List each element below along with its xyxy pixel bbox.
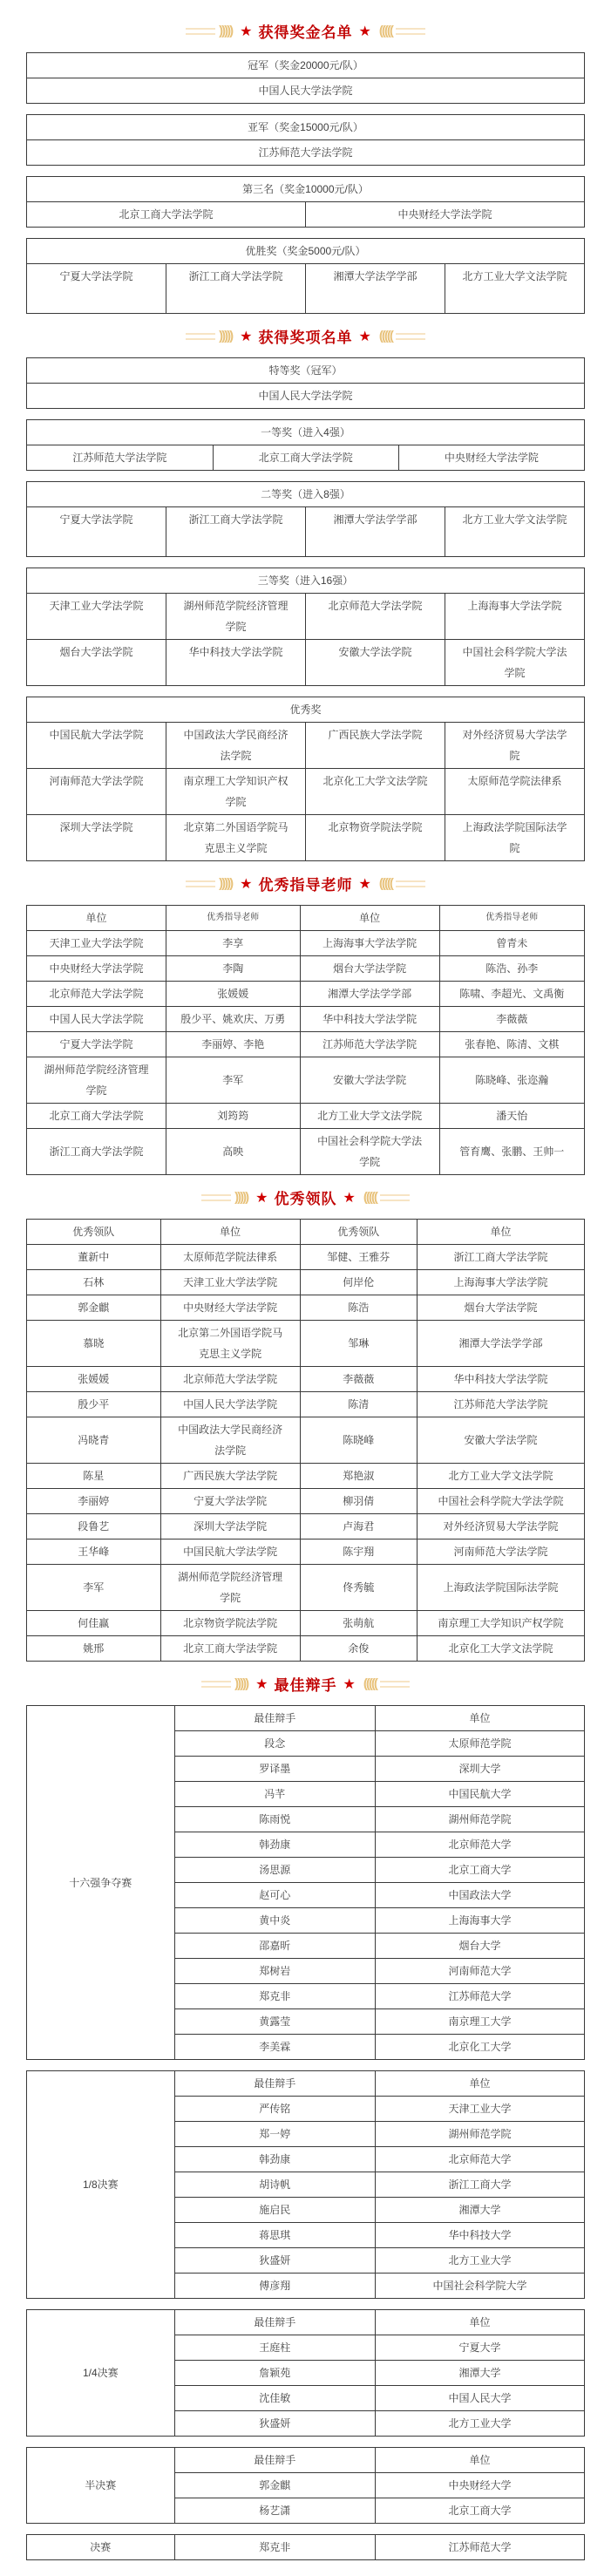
table-row: 北京工商大学法学院刘筠筠北方工业大学文法学院潘天怡 — [27, 1104, 585, 1129]
data-cell: 邵嘉昕 — [174, 1934, 375, 1959]
table-row: 石林天津工业大学法学院何岸伦上海海事大学法学院 — [27, 1270, 585, 1295]
data-cell: 中国社会科学院大学 — [375, 2274, 584, 2299]
data-cell: 上海海事大学法学院 — [445, 594, 585, 640]
data-cell: 上海政法学院国际法学院 — [417, 1565, 584, 1611]
final-debater-table: 决赛郑克非江苏师范大学 — [26, 2534, 585, 2560]
grand-prize-table-grid: 特等奖（冠军）中国人民大学法学院 — [26, 357, 585, 409]
data-cell: 黄露莹 — [174, 2009, 375, 2035]
data-cell: 河南师范大学法学院 — [417, 1539, 584, 1565]
data-cell: 北京物资学院法学院 — [160, 1611, 300, 1636]
data-cell: 狄盛妍 — [174, 2248, 375, 2274]
column-header-cell: 最佳辩手 — [174, 2310, 375, 2335]
data-cell: 中国社会科学院大学法学院 — [445, 640, 585, 686]
data-cell: 江苏师范大学法学院 — [27, 140, 585, 166]
table-row: 中国人民大学法学院 — [27, 384, 585, 409]
data-cell: 烟台大学法学院 — [417, 1295, 584, 1321]
data-cell: 郑艳淑 — [300, 1464, 417, 1489]
column-header-cell: 优秀奖 — [27, 697, 585, 723]
data-cell: 中国政法大学 — [375, 1883, 584, 1908]
table-row: 1/4决赛最佳辩手单位 — [27, 2310, 585, 2335]
data-cell: 施启民 — [174, 2198, 375, 2223]
data-cell: 王华峰 — [27, 1539, 161, 1565]
data-cell: 韩劲康 — [174, 2147, 375, 2172]
table-row: 优秀奖 — [27, 697, 585, 723]
data-cell: 湘潭大学 — [375, 2361, 584, 2386]
decor-line-left — [186, 333, 215, 340]
table-row: 河南师范大学法学院南京理工大学知识产权学院北京化工大学文法学院太原师范学院法律系 — [27, 769, 585, 815]
data-cell: 中国人民大学 — [375, 2386, 584, 2411]
data-cell: 北京物资学院法学院 — [306, 815, 445, 861]
data-cell: 陈清 — [300, 1392, 417, 1417]
data-cell: 郭金麒 — [27, 1295, 161, 1321]
awards-section-title: ))))) ★ 获得奖项名单 ★ ((((( — [26, 325, 585, 347]
data-cell: 宁夏大学法学院 — [27, 507, 166, 557]
data-cell: 邹健、王雅芬 — [300, 1245, 417, 1270]
data-cell: 北京工商大学法学院 — [160, 1636, 300, 1662]
table-row: 半决赛最佳辩手单位 — [27, 2448, 585, 2473]
data-cell: 北京工商大学法学院 — [27, 1104, 166, 1129]
table-row: 一等奖（进入4强） — [27, 420, 585, 445]
data-cell: 北京师范大学 — [375, 2147, 584, 2172]
column-header-cell: 亚军（奖金15000元/队） — [27, 115, 585, 140]
final-debater-table-grid: 决赛郑克非江苏师范大学 — [26, 2534, 585, 2560]
decor-line-left — [186, 880, 215, 887]
table-row: 浙江工商大学法学院高映中国社会科学院大学法学院管育鹰、张鹏、王帅一 — [27, 1129, 585, 1175]
table-row: 郭金麒中央财经大学法学院陈浩烟台大学法学院 — [27, 1295, 585, 1321]
data-cell: 李丽婷 — [27, 1489, 161, 1514]
star-icon: ★ — [255, 1675, 268, 1693]
data-cell: 宁夏大学法学院 — [160, 1489, 300, 1514]
second-prize-table-grid: 二等奖（进入8强）宁夏大学法学院浙江工商大学法学院湘潭大学法学学部北方工业大学文… — [26, 481, 585, 557]
table-row: 陈星广西民族大学法学院郑艳淑北方工业大学文法学院 — [27, 1464, 585, 1489]
section-title-text: 最佳辩手 — [275, 1673, 337, 1695]
table-row: 烟台大学法学院华中科技大学法学院安徽大学法学院中国社会科学院大学法学院 — [27, 640, 585, 686]
data-cell: 何佳赢 — [27, 1611, 161, 1636]
excellent-leaders-table-grid: 优秀领队单位优秀领队单位董新中太原师范学院法律系邹健、王雅芬浙江工商大学法学院石… — [26, 1219, 585, 1662]
data-cell: 柳羽倩 — [300, 1489, 417, 1514]
table-row: 天津工业大学法学院湖州师范学院经济管理学院北京师范大学法学院上海海事大学法学院 — [27, 594, 585, 640]
table-row: 张媛媛北京师范大学法学院李薇薇华中科技大学法学院 — [27, 1367, 585, 1392]
excellent-teachers-table: 单位优秀指导老师单位优秀指导老师天津工业大学法学院李享上海海事大学法学院曾青未中… — [26, 905, 585, 1175]
third-prize-table: 三等奖（进入16强）天津工业大学法学院湖州师范学院经济管理学院北京师范大学法学院… — [26, 568, 585, 686]
star-icon: ★ — [359, 875, 371, 893]
table-row: 亚军（奖金15000元/队） — [27, 115, 585, 140]
data-cell: 北方工业大学 — [375, 2248, 584, 2274]
section-prize-money: ))))) ★ 获得奖金名单 ★ ((((( 冠军（奖金20000元/队）中国人… — [26, 20, 585, 314]
leaders-section-title: ))))) ★ 优秀领队 ★ ((((( — [26, 1186, 585, 1208]
table-row: 宁夏大学法学院浙江工商大学法学院湘潭大学法学学部北方工业大学文法学院 — [27, 507, 585, 557]
round-of-16-debaters-table-grid: 十六强争夺赛最佳辩手单位段念太原师范学院罗译墨深圳大学冯芊中国民航大学陈雨悦湖州… — [26, 1705, 585, 2060]
awards-announcement-page: ))))) ★ 获得奖金名单 ★ ((((( 冠军（奖金20000元/队）中国人… — [0, 0, 611, 2576]
section-title-text: 获得奖项名单 — [259, 325, 353, 347]
data-cell: 湖州师范学院经济管理学院 — [27, 1057, 166, 1104]
column-header-cell: 优秀指导老师 — [439, 906, 584, 931]
data-cell: 深圳大学法学院 — [27, 815, 166, 861]
data-cell: 中央财经大学法学院 — [160, 1295, 300, 1321]
column-header-cell: 冠军（奖金20000元/队） — [27, 53, 585, 78]
section-best-debaters: ))))) ★ 最佳辩手 ★ ((((( 十六强争夺赛最佳辩手单位段念太原师范学… — [26, 1673, 585, 2560]
data-cell: 华中科技大学 — [375, 2223, 584, 2248]
data-cell: 中国社会科学院大学法学院 — [417, 1489, 584, 1514]
data-cell: 浙江工商大学法学院 — [27, 1129, 166, 1175]
table-row: 深圳大学法学院北京第二外国语学院马克思主义学院北京物资学院法学院上海政法学院国际… — [27, 815, 585, 861]
data-cell: 詹颖苑 — [174, 2361, 375, 2386]
decor-line-right — [380, 1681, 410, 1688]
section-excellent-teachers: ))))) ★ 优秀指导老师 ★ ((((( 单位优秀指导老师单位优秀指导老师天… — [26, 873, 585, 1175]
data-cell: 宁夏大学 — [375, 2335, 584, 2361]
column-header-cell: 单位 — [300, 906, 439, 931]
data-cell: 南京理工大学知识产权学院 — [417, 1611, 584, 1636]
data-cell: 蒋思琪 — [174, 2223, 375, 2248]
data-cell: 潘天怡 — [439, 1104, 584, 1129]
data-cell: 浙江工商大学 — [375, 2172, 584, 2198]
excellence-award-table-grid: 优秀奖中国民航大学法学院中国政法大学民商经济法学院广西民族大学法学院对外经济贸易… — [26, 697, 585, 861]
data-cell: 天津工业大学法学院 — [160, 1270, 300, 1295]
data-cell: 黄中炎 — [174, 1908, 375, 1934]
column-header-cell: 单位 — [375, 2310, 584, 2335]
data-cell: 上海海事大学法学院 — [300, 931, 439, 956]
star-icon: ★ — [359, 328, 371, 345]
data-cell: 沈佳敏 — [174, 2386, 375, 2411]
table-row: 单位优秀指导老师单位优秀指导老师 — [27, 906, 585, 931]
data-cell: 陈啸、李超光、文禹衡 — [439, 982, 584, 1007]
data-cell: 浙江工商大学法学院 — [166, 264, 306, 314]
stage-cell: 半决赛 — [27, 2448, 175, 2524]
data-cell: 石林 — [27, 1270, 161, 1295]
column-header-cell: 单位 — [417, 1220, 584, 1245]
data-cell: 何岸伦 — [300, 1270, 417, 1295]
table-row: 湖州师范学院经济管理学院李军安徽大学法学院陈晓峰、张迩瀚 — [27, 1057, 585, 1104]
decor-line-left — [201, 1194, 231, 1201]
stage-cell: 决赛 — [27, 2535, 175, 2560]
teachers-section-title: ))))) ★ 优秀指导老师 ★ ((((( — [26, 873, 585, 894]
data-cell: 北方工业大学文法学院 — [300, 1104, 439, 1129]
stage-cell: 1/4决赛 — [27, 2310, 175, 2437]
data-cell: 佟秀毓 — [300, 1565, 417, 1611]
data-cell: 烟台大学法学院 — [300, 956, 439, 982]
data-cell: 罗译墨 — [174, 1757, 375, 1782]
table-row: 江苏师范大学法学院 — [27, 140, 585, 166]
data-cell: 中央财经大学法学院 — [27, 956, 166, 982]
data-cell: 浙江工商大学法学院 — [166, 507, 306, 557]
column-header-cell: 特等奖（冠军） — [27, 358, 585, 384]
data-cell: 北京工商大学法学院 — [213, 445, 398, 471]
quarterfinal-debaters-table-grid: 1/4决赛最佳辩手单位王庭柱宁夏大学詹颖苑湘潭大学沈佳敏中国人民大学狄盛妍北方工… — [26, 2309, 585, 2437]
data-cell: 宁夏大学法学院 — [27, 1032, 166, 1057]
data-cell: 张萌航 — [300, 1611, 417, 1636]
data-cell: 杨艺潇 — [174, 2498, 375, 2524]
wheat-decoration-left: ))))) — [219, 329, 232, 343]
data-cell: 江苏师范大学 — [375, 1984, 584, 2009]
data-cell: 段念 — [174, 1731, 375, 1757]
data-cell: 南京理工大学知识产权学院 — [166, 769, 306, 815]
column-header-cell: 优秀领队 — [27, 1220, 161, 1245]
column-header-cell: 最佳辩手 — [174, 1706, 375, 1731]
data-cell: 陈宇翔 — [300, 1539, 417, 1565]
wheat-decoration-left: ))))) — [234, 1676, 248, 1691]
data-cell: 邹琳 — [300, 1321, 417, 1367]
data-cell: 湘潭大学法学学部 — [417, 1321, 584, 1367]
data-cell: 江苏师范大学 — [375, 2535, 584, 2560]
champion-prize-table: 冠军（奖金20000元/队）中国人民大学法学院 — [26, 52, 585, 104]
data-cell: 李薇薇 — [439, 1007, 584, 1032]
data-cell: 李美霖 — [174, 2035, 375, 2060]
wheat-decoration-left: ))))) — [219, 876, 232, 891]
data-cell: 郭金麒 — [174, 2473, 375, 2498]
data-cell: 陈浩、孙李 — [439, 956, 584, 982]
data-cell: 中央财经大学法学院 — [306, 202, 585, 228]
data-cell: 湘潭大学法学学部 — [306, 264, 445, 314]
data-cell: 李军 — [166, 1057, 301, 1104]
table-row: 李丽婷宁夏大学法学院柳羽倩中国社会科学院大学法学院 — [27, 1489, 585, 1514]
semifinal-debaters-table: 半决赛最佳辩手单位郭金麒中央财经大学杨艺潇北京工商大学 — [26, 2447, 585, 2524]
data-cell: 刘筠筠 — [166, 1104, 301, 1129]
table-row: 董新中太原师范学院法律系邹健、王雅芬浙江工商大学法学院 — [27, 1245, 585, 1270]
stage-cell: 十六强争夺赛 — [27, 1706, 175, 2060]
data-cell: 湘潭大学法学学部 — [300, 982, 439, 1007]
data-cell: 华中科技大学法学院 — [417, 1367, 584, 1392]
data-cell: 曾青未 — [439, 931, 584, 956]
star-icon: ★ — [240, 875, 252, 893]
table-row: 殷少平中国人民大学法学院陈清江苏师范大学法学院 — [27, 1392, 585, 1417]
data-cell: 中国人民大学法学院 — [160, 1392, 300, 1417]
data-cell: 冯芊 — [174, 1782, 375, 1807]
data-cell: 上海海事大学法学院 — [417, 1270, 584, 1295]
data-cell: 北京第二外国语学院马克思主义学院 — [160, 1321, 300, 1367]
wheat-decoration-right: ((((( — [363, 1676, 377, 1691]
runner-up-prize-table: 亚军（奖金15000元/队）江苏师范大学法学院 — [26, 114, 585, 166]
data-cell: 上海政法学院国际法学院 — [445, 815, 585, 861]
data-cell: 河南师范大学 — [375, 1959, 584, 1984]
first-prize-table-grid: 一等奖（进入4强）江苏师范大学法学院北京工商大学法学院中央财经大学法学院 — [26, 419, 585, 471]
data-cell: 中央财经大学法学院 — [398, 445, 584, 471]
data-cell: 深圳大学法学院 — [160, 1514, 300, 1539]
wheat-decoration-left: ))))) — [234, 1190, 248, 1205]
first-prize-table: 一等奖（进入4强）江苏师范大学法学院北京工商大学法学院中央财经大学法学院 — [26, 419, 585, 471]
winner-prize-table-grid: 优胜奖（奖金5000元/队）宁夏大学法学院浙江工商大学法学院湘潭大学法学学部北方… — [26, 238, 585, 314]
data-cell: 江苏师范大学法学院 — [417, 1392, 584, 1417]
table-row: 宁夏大学法学院浙江工商大学法学院湘潭大学法学学部北方工业大学文法学院 — [27, 264, 585, 314]
table-row: 冯晓青中国政法大学民商经济法学院陈晓峰安徽大学法学院 — [27, 1417, 585, 1464]
decor-line-right — [396, 28, 425, 35]
wheat-decoration-right: ((((( — [379, 329, 392, 343]
excellent-leaders-table: 优秀领队单位优秀领队单位董新中太原师范学院法律系邹健、王雅芬浙江工商大学法学院石… — [26, 1219, 585, 1662]
table-row: 1/8决赛最佳辩手单位 — [27, 2071, 585, 2097]
data-cell: 天津工业大学法学院 — [27, 594, 166, 640]
data-cell: 张媛媛 — [166, 982, 301, 1007]
data-cell: 北京工商大学法学院 — [27, 202, 306, 228]
decor-line-left — [201, 1681, 231, 1688]
data-cell: 湖州师范学院经济管理学院 — [160, 1565, 300, 1611]
table-row: 第三名（奖金10000元/队） — [27, 177, 585, 202]
data-cell: 北京师范大学 — [375, 1832, 584, 1858]
wheat-decoration-left: ))))) — [219, 24, 232, 38]
data-cell: 李享 — [166, 931, 301, 956]
round-of-8-debaters-table: 1/8决赛最佳辩手单位严传铭天津工业大学郑一婷湖州师范学院韩劲康北京师范大学胡诗… — [26, 2070, 585, 2299]
data-cell: 湘潭大学法学学部 — [306, 507, 445, 557]
data-cell: 韩劲康 — [174, 1832, 375, 1858]
data-cell: 陈星 — [27, 1464, 161, 1489]
data-cell: 陈雨悦 — [174, 1807, 375, 1832]
table-row: 段鲁艺深圳大学法学院卢海君对外经济贸易大学法学院 — [27, 1514, 585, 1539]
runner-up-prize-table-grid: 亚军（奖金15000元/队）江苏师范大学法学院 — [26, 114, 585, 166]
data-cell: 中国人民大学法学院 — [27, 1007, 166, 1032]
data-cell: 中国民航大学法学院 — [160, 1539, 300, 1565]
table-row: 北京工商大学法学院中央财经大学法学院 — [27, 202, 585, 228]
table-row: 优胜奖（奖金5000元/队） — [27, 239, 585, 264]
quarterfinal-debaters-table: 1/4决赛最佳辩手单位王庭柱宁夏大学詹颖苑湘潭大学沈佳敏中国人民大学狄盛妍北方工… — [26, 2309, 585, 2437]
prize-money-section-title: ))))) ★ 获得奖金名单 ★ ((((( — [26, 20, 585, 42]
data-cell: 安徽大学法学院 — [306, 640, 445, 686]
second-prize-table: 二等奖（进入8强）宁夏大学法学院浙江工商大学法学院湘潭大学法学学部北方工业大学文… — [26, 481, 585, 557]
data-cell: 华中科技大学法学院 — [166, 640, 306, 686]
data-cell: 中国社会科学院大学法学院 — [300, 1129, 439, 1175]
table-row: 宁夏大学法学院李丽婷、李艳江苏师范大学法学院张春艳、陈清、文棋 — [27, 1032, 585, 1057]
data-cell: 中国政法大学民商经济法学院 — [160, 1417, 300, 1464]
data-cell: 北京化工大学文法学院 — [306, 769, 445, 815]
column-header-cell: 三等奖（进入16强） — [27, 568, 585, 594]
data-cell: 李丽婷、李艳 — [166, 1032, 301, 1057]
stage-cell: 1/8决赛 — [27, 2071, 175, 2299]
data-cell: 南京理工大学 — [375, 2009, 584, 2035]
column-header-cell: 优胜奖（奖金5000元/队） — [27, 239, 585, 264]
data-cell: 李陶 — [166, 956, 301, 982]
section-awards: ))))) ★ 获得奖项名单 ★ ((((( 特等奖（冠军）中国人民大学法学院 … — [26, 325, 585, 861]
wheat-decoration-right: ((((( — [363, 1190, 377, 1205]
table-row: 三等奖（进入16强） — [27, 568, 585, 594]
data-cell: 慕晓 — [27, 1321, 161, 1367]
data-cell: 北京化工大学文法学院 — [417, 1636, 584, 1662]
data-cell: 段鲁艺 — [27, 1514, 161, 1539]
data-cell: 高映 — [166, 1129, 301, 1175]
data-cell: 北京化工大学 — [375, 2035, 584, 2060]
table-row: 江苏师范大学法学院北京工商大学法学院中央财经大学法学院 — [27, 445, 585, 471]
table-row: 二等奖（进入8强） — [27, 482, 585, 507]
data-cell: 太原师范学院 — [375, 1731, 584, 1757]
table-row: 优秀领队单位优秀领队单位 — [27, 1220, 585, 1245]
data-cell: 对外经济贸易大学法学院 — [445, 723, 585, 769]
data-cell: 胡诗帆 — [174, 2172, 375, 2198]
grand-prize-table: 特等奖（冠军）中国人民大学法学院 — [26, 357, 585, 409]
third-place-prize-table-grid: 第三名（奖金10000元/队）北京工商大学法学院中央财经大学法学院 — [26, 176, 585, 228]
third-prize-table-grid: 三等奖（进入16强）天津工业大学法学院湖州师范学院经济管理学院北京师范大学法学院… — [26, 568, 585, 686]
column-header-cell: 单位 — [375, 2071, 584, 2097]
star-icon: ★ — [343, 1675, 356, 1693]
data-cell: 中国民航大学法学院 — [27, 723, 166, 769]
data-cell: 天津工业大学法学院 — [27, 931, 166, 956]
table-row: 北京师范大学法学院张媛媛湘潭大学法学学部陈啸、李超光、文禹衡 — [27, 982, 585, 1007]
data-cell: 傅彦翔 — [174, 2274, 375, 2299]
champion-prize-table-grid: 冠军（奖金20000元/队）中国人民大学法学院 — [26, 52, 585, 104]
data-cell: 湖州师范学院 — [375, 1807, 584, 1832]
data-cell: 深圳大学 — [375, 1757, 584, 1782]
star-icon: ★ — [240, 23, 252, 40]
data-cell: 郑克非 — [174, 1984, 375, 2009]
data-cell: 广西民族大学法学院 — [306, 723, 445, 769]
column-header-cell: 单位 — [375, 2448, 584, 2473]
data-cell: 太原师范学院法律系 — [445, 769, 585, 815]
excellent-teachers-table-grid: 单位优秀指导老师单位优秀指导老师天津工业大学法学院李享上海海事大学法学院曾青未中… — [26, 905, 585, 1175]
star-icon: ★ — [359, 23, 371, 40]
data-cell: 郑克非 — [174, 2535, 375, 2560]
wheat-decoration-right: ((((( — [379, 876, 392, 891]
data-cell: 北方工业大学文法学院 — [417, 1464, 584, 1489]
data-cell: 北京第二外国语学院马克思主义学院 — [166, 815, 306, 861]
table-row: 何佳赢北京物资学院法学院张萌航南京理工大学知识产权学院 — [27, 1611, 585, 1636]
data-cell: 浙江工商大学法学院 — [417, 1245, 584, 1270]
semifinal-debaters-table-grid: 半决赛最佳辩手单位郭金麒中央财经大学杨艺潇北京工商大学 — [26, 2447, 585, 2524]
data-cell: 太原师范学院法律系 — [160, 1245, 300, 1270]
data-cell: 张春艳、陈清、文棋 — [439, 1032, 584, 1057]
data-cell: 董新中 — [27, 1245, 161, 1270]
section-title-text: 获得奖金名单 — [259, 20, 353, 42]
data-cell: 河南师范大学法学院 — [27, 769, 166, 815]
data-cell: 北方工业大学 — [375, 2411, 584, 2437]
table-row: 李军湖州师范学院经济管理学院佟秀毓上海政法学院国际法学院 — [27, 1565, 585, 1611]
data-cell: 中央财经大学 — [375, 2473, 584, 2498]
data-cell: 北京师范大学法学院 — [27, 982, 166, 1007]
data-cell: 狄盛妍 — [174, 2411, 375, 2437]
data-cell: 烟台大学 — [375, 1934, 584, 1959]
data-cell: 湘潭大学 — [375, 2198, 584, 2223]
table-row: 决赛郑克非江苏师范大学 — [27, 2535, 585, 2560]
data-cell: 李薇薇 — [300, 1367, 417, 1392]
data-cell: 安徽大学法学院 — [300, 1057, 439, 1104]
table-row: 中央财经大学法学院李陶烟台大学法学院陈浩、孙李 — [27, 956, 585, 982]
data-cell: 中国人民大学法学院 — [27, 78, 585, 104]
table-row: 中国人民大学法学院 — [27, 78, 585, 104]
data-cell: 天津工业大学 — [375, 2097, 584, 2122]
data-cell: 北方工业大学文法学院 — [445, 507, 585, 557]
data-cell: 对外经济贸易大学法学院 — [417, 1514, 584, 1539]
data-cell: 王庭柱 — [174, 2335, 375, 2361]
data-cell: 北京工商大学 — [375, 2498, 584, 2524]
data-cell: 余俊 — [300, 1636, 417, 1662]
data-cell: 湖州师范学院经济管理学院 — [166, 594, 306, 640]
data-cell: 烟台大学法学院 — [27, 640, 166, 686]
table-row: 姚邢北京工商大学法学院余俊北京化工大学文法学院 — [27, 1636, 585, 1662]
winner-prize-table: 优胜奖（奖金5000元/队）宁夏大学法学院浙江工商大学法学院湘潭大学法学学部北方… — [26, 238, 585, 314]
star-icon: ★ — [343, 1189, 356, 1206]
data-cell: 殷少平、姚欢庆、万勇 — [166, 1007, 301, 1032]
data-cell: 郑一婷 — [174, 2122, 375, 2147]
table-row: 冠军（奖金20000元/队） — [27, 53, 585, 78]
data-cell: 汤思源 — [174, 1858, 375, 1883]
column-header-cell: 单位 — [160, 1220, 300, 1245]
data-cell: 姚邢 — [27, 1636, 161, 1662]
table-row: 特等奖（冠军） — [27, 358, 585, 384]
decor-line-left — [186, 28, 215, 35]
data-cell: 北京师范大学法学院 — [306, 594, 445, 640]
column-header-cell: 优秀指导老师 — [166, 906, 301, 931]
section-title-text: 优秀指导老师 — [259, 873, 353, 894]
table-row: 中国民航大学法学院中国政法大学民商经济法学院广西民族大学法学院对外经济贸易大学法… — [27, 723, 585, 769]
data-cell: 冯晓青 — [27, 1417, 161, 1464]
data-cell: 华中科技大学法学院 — [300, 1007, 439, 1032]
data-cell: 陈晓峰、张迩瀚 — [439, 1057, 584, 1104]
table-row: 王华峰中国民航大学法学院陈宇翔河南师范大学法学院 — [27, 1539, 585, 1565]
data-cell: 上海海事大学 — [375, 1908, 584, 1934]
table-row: 中国人民大学法学院殷少平、姚欢庆、万勇华中科技大学法学院李薇薇 — [27, 1007, 585, 1032]
data-cell: 北京工商大学 — [375, 1858, 584, 1883]
star-icon: ★ — [240, 328, 252, 345]
data-cell: 江苏师范大学法学院 — [27, 445, 214, 471]
section-excellent-leaders: ))))) ★ 优秀领队 ★ ((((( 优秀领队单位优秀领队单位董新中太原师范… — [26, 1186, 585, 1662]
decor-line-right — [380, 1194, 410, 1201]
data-cell: 江苏师范大学法学院 — [300, 1032, 439, 1057]
data-cell: 中国政法大学民商经济法学院 — [166, 723, 306, 769]
data-cell: 湖州师范学院 — [375, 2122, 584, 2147]
